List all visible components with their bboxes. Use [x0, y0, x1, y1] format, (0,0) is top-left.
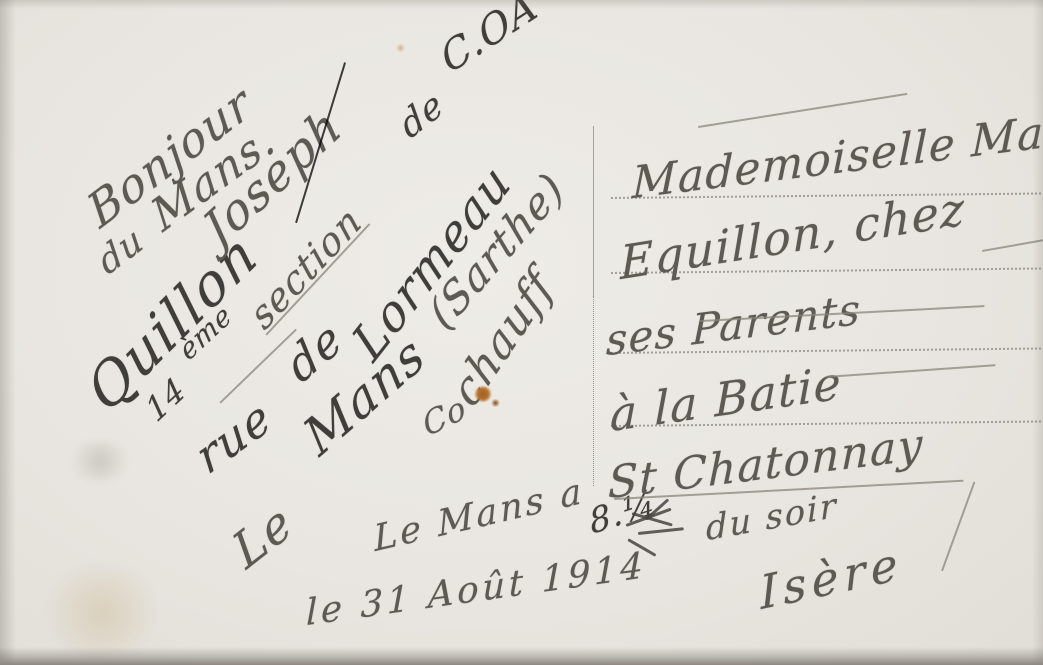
handwriting-city-le: Le — [226, 496, 300, 577]
handwriting-dateline-place: Le Mans a — [372, 473, 585, 558]
divider-line-solid — [593, 126, 594, 296]
handwriting-unit-de: de — [395, 86, 450, 146]
pen-flourish-chez — [982, 237, 1043, 252]
pen-flourish-mademoiselle — [698, 93, 908, 128]
pen-flourish-batie — [826, 364, 996, 378]
stain-dot-top — [396, 44, 405, 52]
paper-edge-right — [1032, 0, 1043, 665]
address-line-department: Isère — [758, 540, 904, 617]
stain-yellow-bottom-left — [36, 566, 168, 658]
stain-rust-small — [491, 399, 500, 407]
pen-flourish-14eme-underline — [219, 329, 297, 404]
ink-scribble — [626, 504, 712, 562]
stain-smudge — [64, 442, 136, 480]
handwriting-dateline-date: le 31 Août 1914 — [306, 548, 647, 632]
pen-flourish-soir — [941, 481, 975, 571]
handwriting-dateline-time-suffix: du soir — [705, 489, 838, 547]
paper-edge-left — [0, 0, 16, 665]
address-line-recipient-name: Mademoiselle Marie — [632, 103, 1043, 206]
handwriting-street-rue: rue — [189, 392, 278, 482]
paper-edge-bottom — [0, 647, 1043, 665]
handwriting-unit-corps: C.OA — [435, 0, 543, 80]
divider-line-dotted — [593, 296, 594, 486]
postcard-scan: Bonjour du Mans. Quillon Joseph 14 ème s… — [0, 0, 1043, 665]
address-line-locality: à la Batie — [610, 359, 842, 438]
